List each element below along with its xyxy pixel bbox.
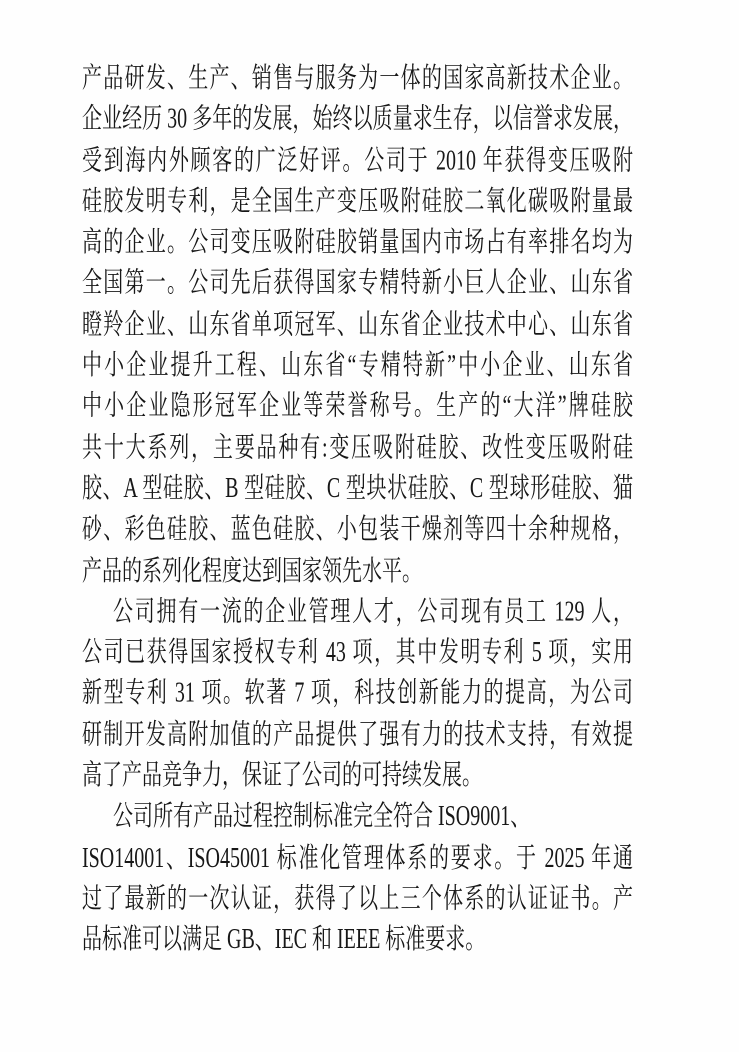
- text-line: 中小企业提升工程、山东省“专精特新”中小企业、山东省: [82, 346, 633, 387]
- text-line paragraph-end: 产品的系列化程度达到国家领先水平。: [82, 551, 633, 592]
- text-line paragraph-end: 高了产品竞争力，保证了公司的可持续发展。: [82, 756, 633, 797]
- text-line paragraph-start: 公司所有产品过程控制标准完全符合 ISO9001、: [82, 797, 633, 838]
- text-line: 新型专利 31 项。软著 7 项，科技创新能力的提高，为公司: [82, 674, 633, 715]
- text-line: 中小企业隐形冠军企业等荣誉称号。生产的“大洋”牌硅胶: [82, 387, 633, 428]
- text-line paragraph-end: 品标准可以满足 GB、IEC 和 IEEE 标准要求。: [82, 920, 633, 961]
- text-line: 受到海内外顾客的广泛好评。公司于 2010 年获得变压吸附: [82, 141, 633, 182]
- document-text: 产品研发、生产、销售与服务为一体的国家高新技术企业。 企业经历 30 多年的发展…: [82, 59, 633, 961]
- text-line: 全国第一。公司先后获得国家专精特新小巨人企业、山东省: [82, 264, 633, 305]
- text-line: 共十大系列，主要品种有:变压吸附硅胶、改性变压吸附硅: [82, 428, 633, 469]
- text-line: 研制开发高附加值的产品提供了强有力的技术支持，有效提: [82, 715, 633, 756]
- text-line paragraph-start: 公司拥有一流的企业管理人才，公司现有员工 129 人，: [82, 592, 633, 633]
- text-line: 胶、A 型硅胶、B 型硅胶、C 型块状硅胶、C 型球形硅胶、猫: [82, 469, 633, 510]
- scanned-document-page: 产品研发、生产、销售与服务为一体的国家高新技术企业。 企业经历 30 多年的发展…: [0, 0, 739, 1052]
- text-line: 瞪羚企业、山东省单项冠军、山东省企业技术中心、山东省: [82, 305, 633, 346]
- text-line: 砂、彩色硅胶、蓝色硅胶、小包装干燥剂等四十余种规格，: [82, 510, 633, 551]
- text-line: 企业经历 30 多年的发展，始终以质量求生存，以信誉求发展，: [82, 100, 633, 141]
- text-line: 产品研发、生产、销售与服务为一体的国家高新技术企业。: [82, 59, 633, 100]
- text-line: 公司已获得国家授权专利 43 项，其中发明专利 5 项，实用: [82, 633, 633, 674]
- text-line: 过了最新的一次认证，获得了以上三个体系的认证证书。产: [82, 879, 633, 920]
- text-line: ISO14001、ISO45001 标准化管理体系的要求。于 2025 年通: [82, 838, 633, 879]
- text-line: 硅胶发明专利，是全国生产变压吸附硅胶二氧化碳吸附量最: [82, 182, 633, 223]
- text-line: 高的企业。公司变压吸附硅胶销量国内市场占有率排名均为: [82, 223, 633, 264]
